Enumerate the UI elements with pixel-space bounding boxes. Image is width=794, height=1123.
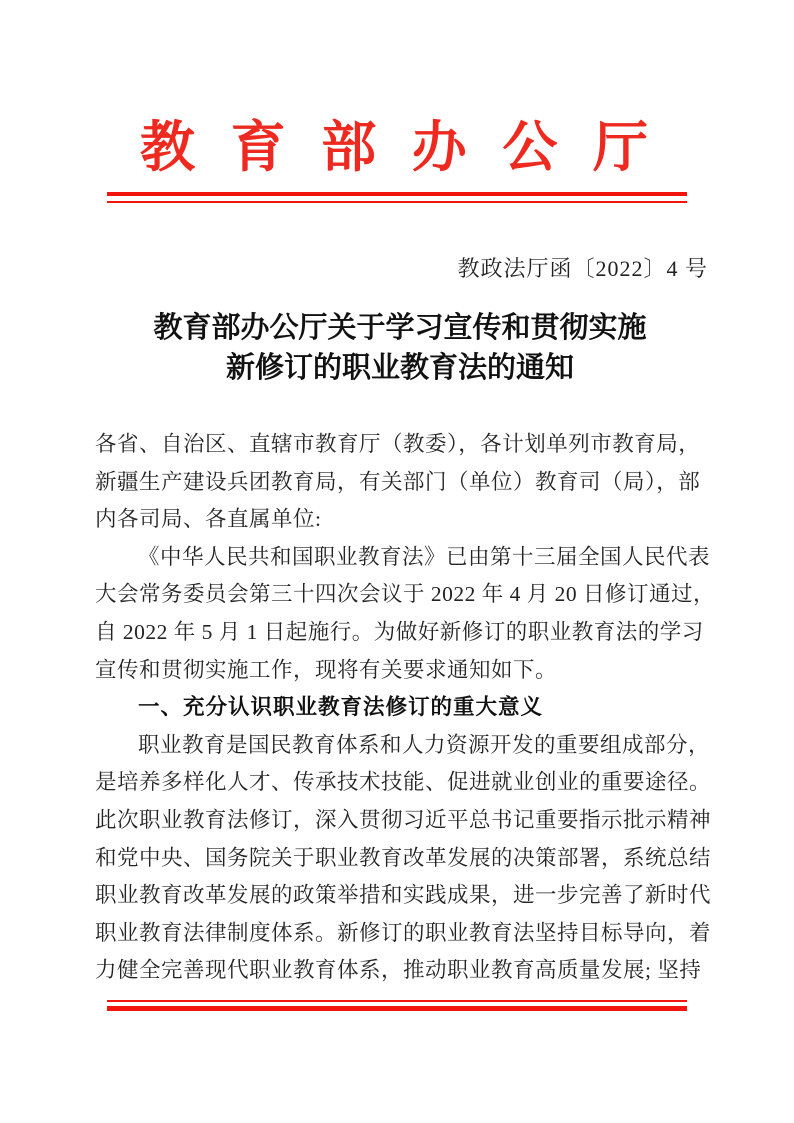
- header-rule-thick: [107, 192, 687, 196]
- masthead-character: 公: [502, 103, 557, 182]
- paragraph-line: 力健全完善现代职业教育体系，推动职业教育高质量发展; 坚持: [95, 952, 713, 990]
- paragraph-line: 宣传和贯彻实施工作，现将有关要求通知如下。: [95, 652, 713, 690]
- paragraph-line: 自 2022 年 5 月 1 日起施行。为做好新修订的职业教育法的学习: [95, 614, 713, 652]
- salutation-line: 新疆生产建设兵团教育局，有关部门（单位）教育司（局），部: [95, 464, 713, 502]
- paragraph-line: 职业教育改革发展的政策举措和实践成果，进一步完善了新时代: [95, 877, 713, 915]
- document-title-line-2: 新修订的职业教育法的通知: [90, 348, 710, 388]
- footer-rule-thin: [107, 1000, 687, 1002]
- document-title: 教育部办公厅关于学习宣传和贯彻实施 新修订的职业教育法的通知: [90, 308, 710, 388]
- paragraph-line: 和党中央、国务院关于职业教育改革发展的决策部署，系统总结: [95, 840, 713, 878]
- paragraph-line: 是培养多样化人才、传承技术技能、促进就业创业的重要途径。: [95, 764, 713, 802]
- paragraph-line: 职业教育是国民教育体系和人力资源开发的重要组成部分，: [95, 727, 713, 765]
- paragraph-line: 职业教育法律制度体系。新修订的职业教育法坚持目标导向，着: [95, 915, 713, 953]
- document-title-line-1: 教育部办公厅关于学习宣传和贯彻实施: [90, 308, 710, 348]
- doc-reference-number: 教政法厅函〔2022〕4 号: [95, 252, 708, 283]
- salutation-line: 内各司局、各直属单位:: [95, 501, 713, 539]
- masthead-character: 厅: [593, 103, 648, 182]
- masthead-character: 育: [231, 103, 286, 182]
- document-body: 各省、自治区、直辖市教育厅（教委），各计划单列市教育局， 新疆生产建设兵团教育局…: [95, 426, 713, 990]
- footer-rule-thick: [107, 1006, 687, 1011]
- header-rule-thin: [107, 201, 687, 203]
- masthead-character: 办: [412, 103, 467, 182]
- salutation-line: 各省、自治区、直辖市教育厅（教委），各计划单列市教育局，: [95, 426, 713, 464]
- paragraph-line: 此次职业教育法修订，深入贯彻习近平总书记重要指示批示精神: [95, 802, 713, 840]
- masthead-character: 部: [321, 103, 376, 182]
- document-page: 教 育 部 办 公 厅 教政法厅函〔2022〕4 号 教育部办公厅关于学习宣传和…: [0, 0, 794, 1123]
- section-1-heading: 一、充分认识职业教育法修订的重大意义: [95, 689, 713, 727]
- paragraph-line: 大会常务委员会第三十四次会议于 2022 年 4 月 20 日修订通过，: [95, 576, 713, 614]
- masthead-character: 教: [140, 103, 195, 182]
- agency-masthead: 教 育 部 办 公 厅: [140, 108, 648, 176]
- paragraph-line: 《中华人民共和国职业教育法》已由第十三届全国人民代表: [95, 539, 713, 577]
